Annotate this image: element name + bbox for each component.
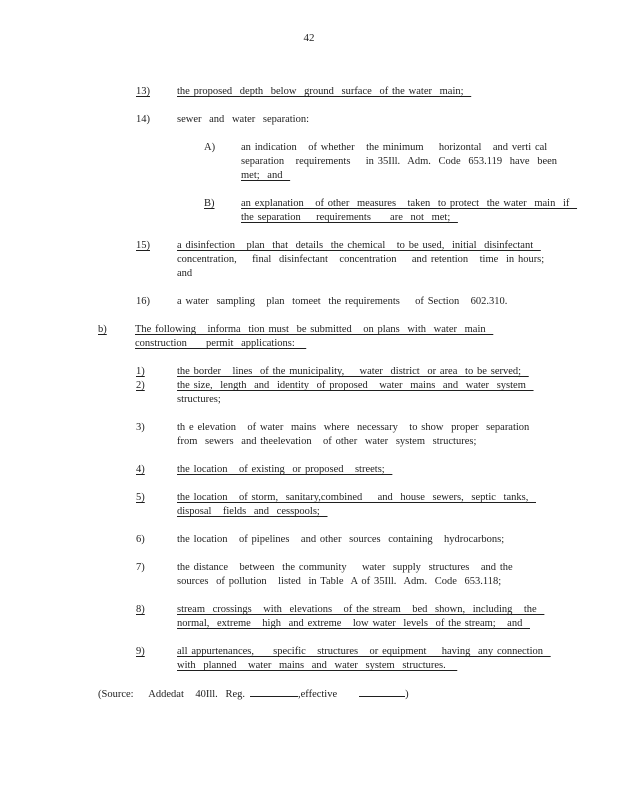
item-body: the proposed depth below ground surface … — [177, 85, 613, 99]
item-line: met; and — [241, 169, 613, 183]
list-item-B: B) an explanation of other measures take… — [204, 197, 613, 225]
item-number: A) — [204, 141, 241, 183]
item-number: 9) — [136, 645, 177, 673]
item-body: the border lines of the municipality, wa… — [177, 365, 613, 379]
item-line: normal, extreme high and extreme low wat… — [177, 617, 613, 631]
item-number: 4) — [136, 463, 177, 477]
item-line: the separation requirements are not met; — [241, 211, 613, 225]
list-item-2: 2) the size, length and identity of prop… — [136, 379, 613, 407]
item-line: all appurtenances, specific structures o… — [177, 645, 613, 659]
item-body: an indication of whether the minimum hor… — [241, 141, 613, 183]
list-item-A: A) an indication of whether the minimum … — [204, 141, 613, 183]
list-item-3: 3) th e elevation of water mains where n… — [136, 421, 613, 449]
item-number: 3) — [136, 421, 177, 449]
item-line: the location of existing or proposed str… — [177, 463, 613, 477]
list-item-9: 9) all appurtenances, specific structure… — [136, 645, 613, 673]
item-line: the location of storm, sanitary,combined… — [177, 491, 613, 505]
item-body: a water sampling plan tomeet the require… — [177, 295, 613, 309]
document-page: 42 13) the proposed depth below ground s… — [0, 0, 618, 800]
item-number: 7) — [136, 561, 177, 589]
item-line: The following informa tion must be submi… — [135, 323, 613, 337]
item-line: th e elevation of water mains where nece… — [177, 421, 613, 435]
item-number: 14) — [136, 113, 177, 127]
item-body: th e elevation of water mains where nece… — [177, 421, 613, 449]
item-line: stream crossings with elevations of the … — [177, 603, 613, 617]
item-line: the distance between the community water… — [177, 561, 613, 575]
item-number: 13) — [136, 85, 177, 99]
item-number: b) — [98, 323, 135, 351]
item-number: 8) — [136, 603, 177, 631]
item-body: stream crossings with elevations of the … — [177, 603, 613, 631]
list-item-13: 13) the proposed depth below ground surf… — [136, 85, 613, 99]
item-line: the size, length and identity of propose… — [177, 379, 613, 393]
item-line: and — [177, 267, 613, 281]
list-item-7: 7) the distance between the community wa… — [136, 561, 613, 589]
list-item-14: 14) sewer and water separation: — [136, 113, 613, 127]
item-line: the proposed depth below ground surface … — [177, 85, 613, 99]
item-line: the border lines of the municipality, wa… — [177, 365, 613, 379]
item-body: a disinfection plan that details the che… — [177, 239, 613, 281]
blank-line — [250, 687, 298, 697]
source-note: (Source: Addedat 40Ill. Reg.,effective) — [98, 687, 613, 702]
document-content: 13) the proposed depth below ground surf… — [98, 85, 613, 702]
blank-line — [359, 687, 405, 697]
item-number: 2) — [136, 379, 177, 407]
page-number: 42 — [0, 31, 618, 45]
item-line: sewer and water separation: — [177, 113, 613, 127]
item-number: B) — [204, 197, 241, 225]
item-body: the location of pipelines and other sour… — [177, 533, 613, 547]
item-line: construction permit applications: — [135, 337, 613, 351]
item-line: from sewers and theelevation of other wa… — [177, 435, 613, 449]
item-number: 16) — [136, 295, 177, 309]
list-item-15: 15) a disinfection plan that details the… — [136, 239, 613, 281]
item-line: separation requirements in 35Ill. Adm. C… — [241, 155, 613, 169]
item-body: The following informa tion must be submi… — [135, 323, 613, 351]
item-line: disposal fields and cesspools; — [177, 505, 613, 519]
item-number: 6) — [136, 533, 177, 547]
item-body: the size, length and identity of propose… — [177, 379, 613, 407]
item-number: 5) — [136, 491, 177, 519]
list-item-6: 6) the location of pipelines and other s… — [136, 533, 613, 547]
source-prefix: (Source: Addedat 40Ill. Reg. — [98, 689, 245, 700]
item-line: a disinfection plan that details the che… — [177, 239, 613, 253]
item-body: the location of storm, sanitary,combined… — [177, 491, 613, 519]
list-item-1: 1) the border lines of the municipality,… — [136, 365, 613, 379]
item-line: sources of pollution listed in Table A o… — [177, 575, 613, 589]
item-line: a water sampling plan tomeet the require… — [177, 295, 613, 309]
list-item-8: 8) stream crossings with elevations of t… — [136, 603, 613, 631]
source-effective-label: ,effective — [298, 689, 337, 700]
item-body: sewer and water separation: — [177, 113, 613, 127]
source-close-paren: ) — [405, 689, 409, 700]
item-line: concentration, final disinfectant concen… — [177, 253, 613, 267]
list-item-4: 4) the location of existing or proposed … — [136, 463, 613, 477]
item-body: the distance between the community water… — [177, 561, 613, 589]
list-item-5: 5) the location of storm, sanitary,combi… — [136, 491, 613, 519]
item-line: structures; — [177, 393, 613, 407]
list-item-b: b) The following informa tion must be su… — [98, 323, 613, 351]
item-number: 1) — [136, 365, 177, 379]
item-body: the location of existing or proposed str… — [177, 463, 613, 477]
item-line: an explanation of other measures taken t… — [241, 197, 613, 211]
list-item-16: 16) a water sampling plan tomeet the req… — [136, 295, 613, 309]
item-line: with planned water mains and water syste… — [177, 659, 613, 673]
item-body: an explanation of other measures taken t… — [241, 197, 613, 225]
item-body: all appurtenances, specific structures o… — [177, 645, 613, 673]
item-line: an indication of whether the minimum hor… — [241, 141, 613, 155]
item-line: the location of pipelines and other sour… — [177, 533, 613, 547]
item-number: 15) — [136, 239, 177, 281]
